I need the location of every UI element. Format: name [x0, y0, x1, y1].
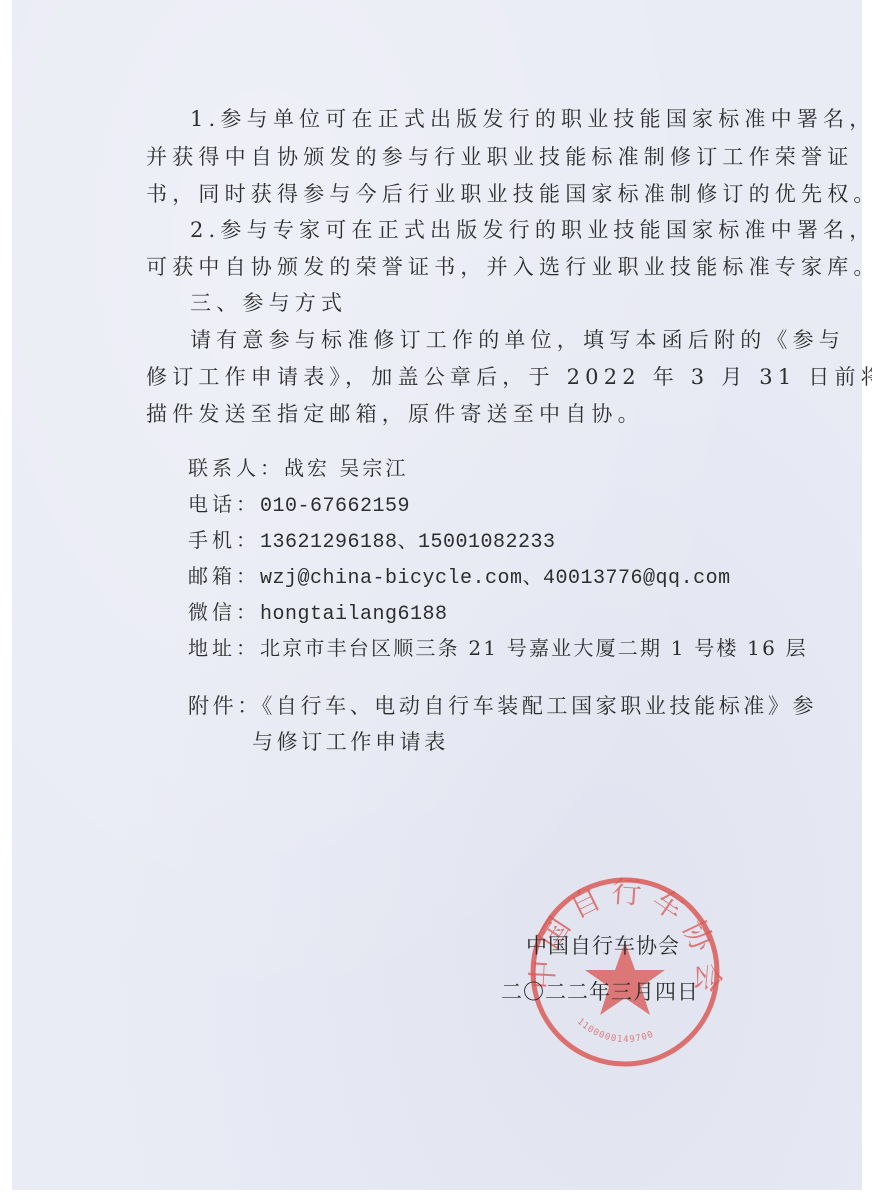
- contact-person: 联系人：战宏 吴宗江: [188, 458, 408, 478]
- paragraph-3-line-1: 请有意参与标准修订工作的单位，填写本函后附的《参与: [190, 330, 845, 351]
- paragraph-3-line-3: 描件发送至指定邮箱，原件寄送至中自协。: [146, 404, 644, 425]
- contact-email-value: wzj@china-bicycle.com、40013776@qq.com: [260, 567, 731, 590]
- paragraph-2-line-1: 2.参与专家可在正式出版发行的职业技能国家标准中署名，: [190, 220, 872, 241]
- contact-mobile-value: 13621296188、15001082233: [260, 531, 556, 554]
- contact-phone-label: 电话：: [188, 492, 260, 516]
- contact-address: 地址：北京市丰台区顺三条 21 号嘉业大厦二期 1 号楼 16 层: [188, 638, 808, 658]
- paragraph-3-line-2: 修订工作申请表》，加盖公章后，于 2022 年 3 月 31 日前将扫: [146, 367, 872, 388]
- attachment-title: 《自行车、电动自行车装配工国家职业技能标准》参: [262, 694, 817, 718]
- seal-serial-number: 1100000149700: [575, 1017, 656, 1045]
- contact-mobile: 手机：13621296188、15001082233: [188, 530, 556, 553]
- official-seal-icon: 中国自行车协会 1100000149700: [525, 872, 725, 1072]
- signature-date: 二〇二二年三月四日: [501, 976, 699, 1006]
- contact-email: 邮箱：wzj@china-bicycle.com、40013776@qq.com: [188, 566, 731, 589]
- contact-address-label: 地址：: [188, 636, 260, 660]
- paragraph-1-line-1: 1.参与单位可在正式出版发行的职业技能国家标准中署名，: [190, 109, 872, 130]
- paragraph-1-line-2: 并获得中自协颁发的参与行业职业技能标准制修订工作荣誉证: [146, 147, 853, 168]
- contact-email-label: 邮箱：: [188, 564, 260, 588]
- svg-text:1100000149700: 1100000149700: [575, 1017, 656, 1045]
- contact-phone-value: 010-67662159: [260, 495, 410, 518]
- paragraph-1-line-3: 书，同时获得参与今后行业职业技能国家标准制修订的优先权。: [146, 184, 872, 205]
- contact-phone: 电话：010-67662159: [188, 494, 410, 517]
- contact-mobile-label: 手机：: [188, 528, 260, 552]
- attachment-line-2: 与修订工作申请表: [252, 732, 449, 753]
- contact-person-value: 战宏 吴宗江: [284, 456, 408, 480]
- attachment-line-1: 附件：《自行车、电动自行车装配工国家职业技能标准》参: [188, 696, 817, 717]
- contact-wechat-value: hongtailang6188: [260, 603, 448, 626]
- contact-wechat: 微信：hongtailang6188: [188, 602, 448, 625]
- contact-wechat-label: 微信：: [188, 600, 260, 624]
- section-heading-participation-method: 三、参与方式: [190, 293, 347, 314]
- attachment-label: 附件：: [188, 694, 262, 718]
- document-page: 1.参与单位可在正式出版发行的职业技能国家标准中署名， 并获得中自协颁发的参与行…: [12, 0, 862, 1190]
- contact-address-value: 北京市丰台区顺三条 21 号嘉业大厦二期 1 号楼 16 层: [260, 636, 808, 660]
- signature-organization: 中国自行车协会: [526, 930, 680, 960]
- contact-person-label: 联系人：: [188, 456, 284, 480]
- paragraph-2-line-2: 可获中自协颁发的荣誉证书，并入选行业职业技能标准专家库。: [146, 257, 872, 278]
